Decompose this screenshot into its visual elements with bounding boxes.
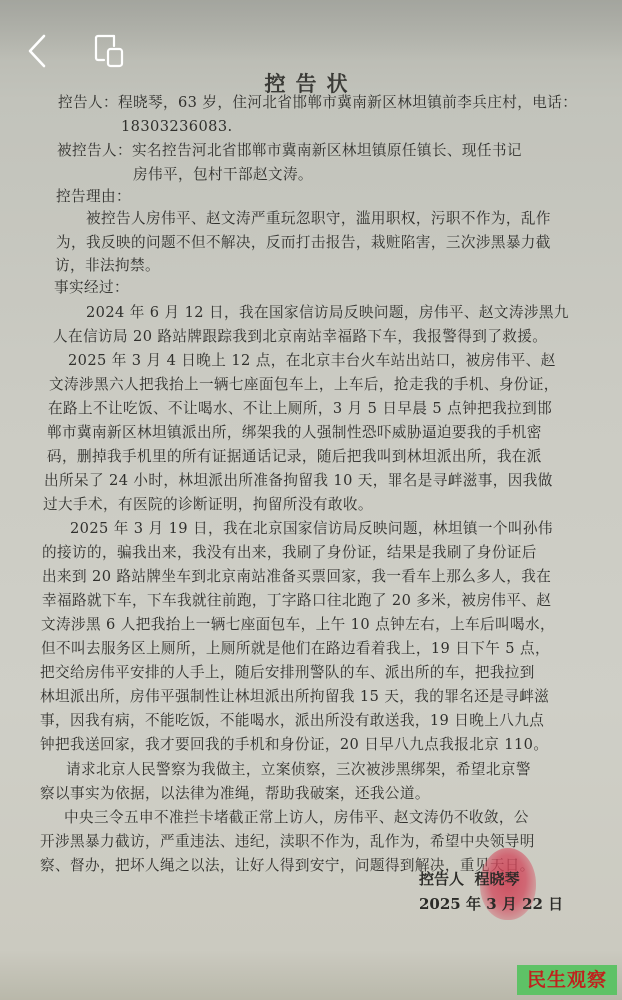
- document-line: 访，非法拘禁。: [55, 256, 160, 276]
- document-line: 幸福路就下车，下车我就往前跑，丁字路口往北跑了 20 多米，被房伟平、赵: [42, 591, 551, 611]
- document-line: 过大手术，有医院的诊断证明，拘留所没有敢收。: [43, 495, 373, 515]
- document-line: 人在信访局 20 路站牌跟踪我到北京南站幸福路下车，我报警得到了救援。: [53, 327, 547, 347]
- device-switch-button[interactable]: [92, 32, 132, 70]
- signature-label: 控告人: [419, 870, 464, 888]
- document-line: 被控告人房伟平、赵文涛严重玩忽职守，滥用职权，污职不作为，乱作: [86, 209, 551, 229]
- document-line: 出所呆了 24 小时，林坦派出所准备拘留我 10 天，罪名是寻衅滋事，因我做: [44, 471, 553, 491]
- document-line: 把交给房伟平安排的人手上，随后安排刑警队的车、派出所的车，把我拉到: [40, 663, 535, 683]
- document-line: 开涉黑暴力截访，严重违法、违纪，渎职不作为，乱作为，希望中央领导明: [40, 832, 535, 852]
- document-line: 事实经过：: [54, 278, 129, 298]
- document-line: 控告人：程晓琴，63 岁，住河北省邯郸市冀南新区林坦镇前李兵庄村，电话：: [58, 93, 577, 113]
- chevron-left-icon: [24, 34, 52, 68]
- document-line: 钟把我送回家，我才要回我的手机和身份证，20 日早八九点我报北京 110。: [40, 735, 548, 755]
- device-switch-icon: [92, 32, 132, 70]
- document-line: 事，因我有病，不能吃饭，不能喝水，派出所没有敢送我，19 日晚上八九点: [40, 711, 544, 731]
- document-line: 房伟平，包村干部赵文涛。: [133, 165, 313, 185]
- document-line: 但不叫去服务区上厕所，上厕所就是他们在路边看着我上，19 日下午 5 点，: [41, 639, 550, 659]
- document-line: 在路上不让吃饭、不让喝水、不让上厕所，3 月 5 日早晨 5 点钟把我拉到邯: [48, 399, 552, 419]
- document-line: 为，我反映的问题不但不解决，反而打击报告，栽赃陷害，三次涉黑暴力截: [56, 233, 551, 253]
- document-line: 被控告人：实名控告河北省邯郸市冀南新区林坦镇原任镇长、现任书记: [57, 141, 522, 161]
- watermark-badge: 民生观察: [517, 965, 617, 995]
- document-line: 18303236083.: [121, 117, 233, 137]
- document-line: 察以事实为依据，以法律为准绳，帮助我破案，还我公道。: [40, 784, 430, 804]
- document-line: 文涛涉黑 6 人把我抬上一辆七座面包车，上午 10 点钟左右，上车后叫喝水，: [41, 615, 555, 635]
- document-line: 郸市冀南新区林坦镇派出所，绑架我的人强制性恐吓威胁逼迫要我的手机密: [47, 423, 542, 443]
- document-line: 的接访的，骗我出来，我没有出来，我刷了身份证，结果是我刷了身份证后: [42, 543, 537, 563]
- document-line: 文涛涉黑六人把我抬上一辆七座面包车上，上车后，抢走我的手机、身份证，: [49, 375, 559, 395]
- signature-line: 控告人 程晓琴: [419, 868, 519, 889]
- document-line: 中央三令五申不准拦卡堵截正常上访人，房伟平、赵文涛仍不收敛，公: [64, 808, 529, 828]
- document-line: 出来到 20 路站牌坐车到北京南站准备买票回家，我一看车上那么多人，我在: [42, 567, 551, 587]
- document-line: 请求北京人民警察为我做主，立案侦察，三次被涉黑绑架，希望北京警: [66, 760, 531, 780]
- signature-name: 程晓琴: [474, 870, 519, 888]
- signature-date: 2025 年 3 月 22 日: [419, 893, 563, 914]
- document-line: 2025 年 3 月 19 日，我在北京国家信访局反映问题，林坦镇一个叫孙伟: [70, 519, 553, 539]
- document-line: 2025 年 3 月 4 日晚上 12 点，在北京丰台火车站出站口，被房伟平、赵: [68, 351, 556, 371]
- document-line: 码，删掉我手机里的所有证据通话记录，随后把我叫到林坦派出所，我在派: [47, 447, 542, 467]
- document-line: 2024 年 6 月 12 日，我在国家信访局反映问题，房伟平、赵文涛涉黑九: [86, 303, 569, 323]
- document-line: 控告理由：: [56, 187, 131, 207]
- back-button[interactable]: [24, 34, 52, 68]
- document-line: 林坦派出所，房伟平强制性让林坦派出所拘留我 15 天，我的罪名还是寻衅滋: [40, 687, 549, 707]
